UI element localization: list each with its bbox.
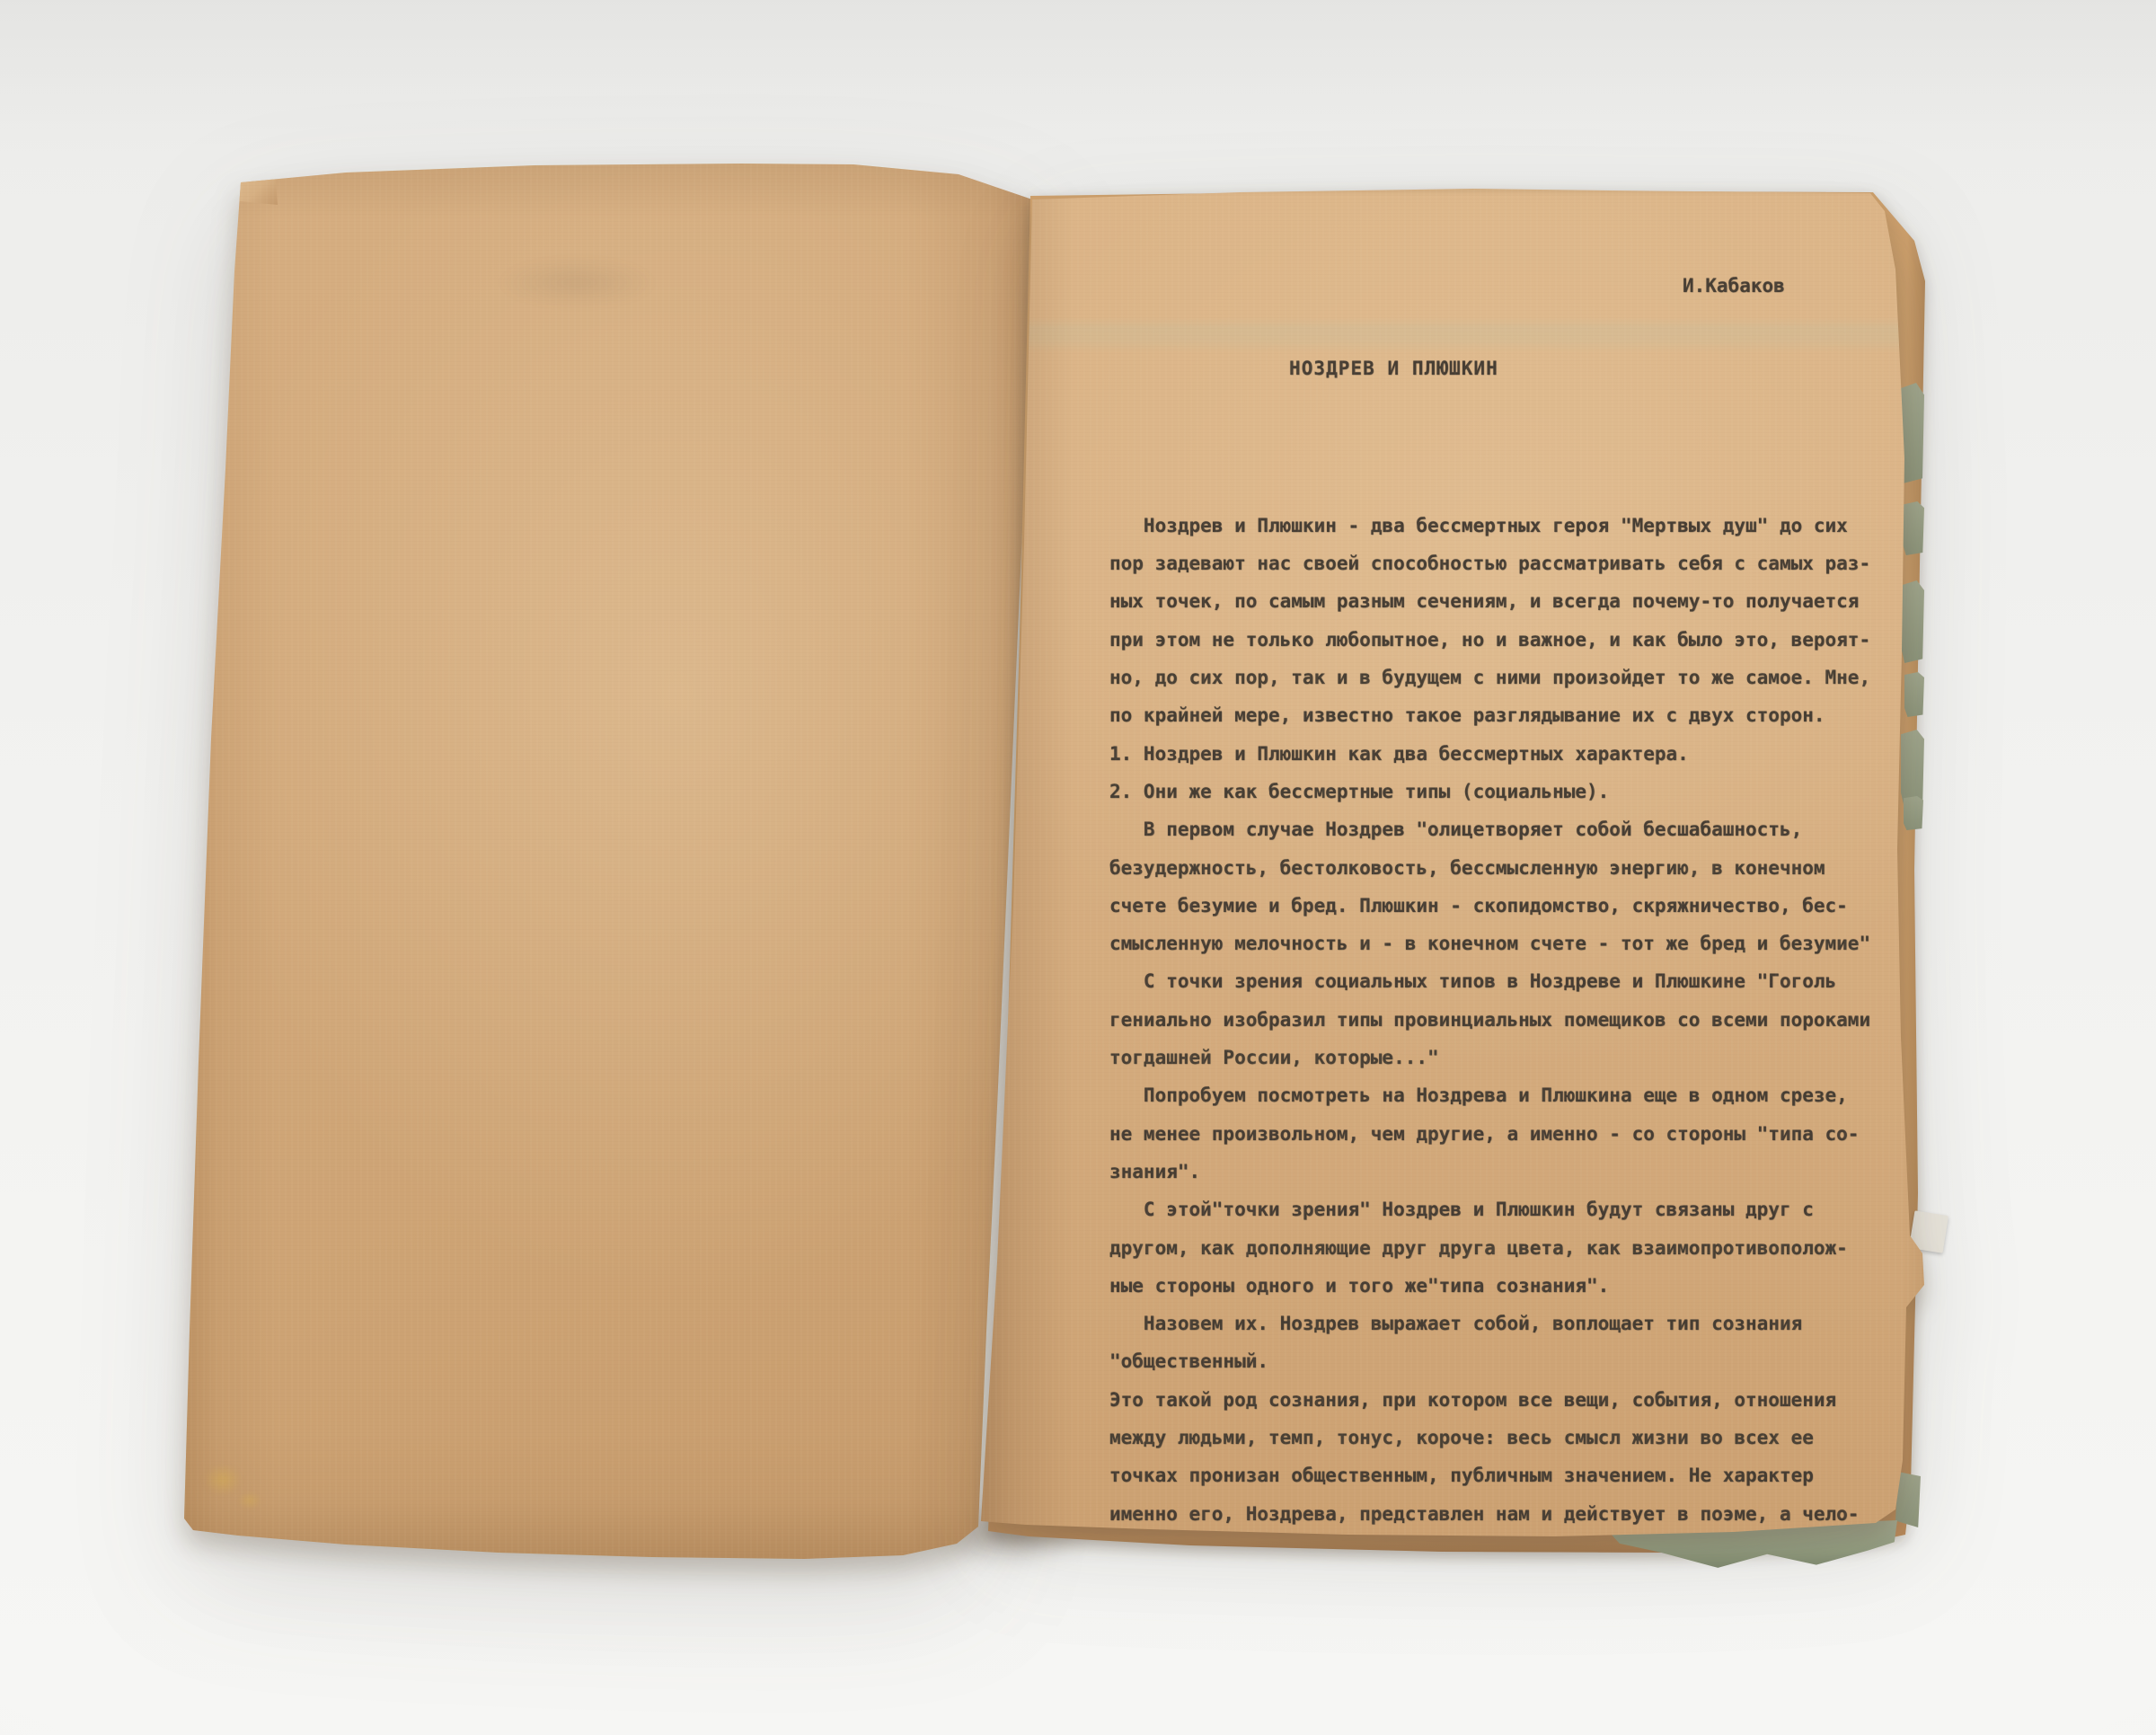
right-page-wrap: И.Кабаков НОЗДРЕВ И ПЛЮШКИН Ноздрев и Пл…	[0, 0, 2156, 1735]
page-title: НОЗДРЕВ И ПЛЮШКИН	[1289, 350, 1498, 387]
right-page-typescript: И.Кабаков НОЗДРЕВ И ПЛЮШКИН Ноздрев и Пл…	[970, 184, 1936, 1572]
text-line: Ноздрев и Плюшкин - два бессмертных геро…	[1109, 507, 1870, 544]
author-byline: И.Кабаков	[1683, 267, 1785, 305]
text-line: С этой"точки зрения" Ноздрев и Плюшкин б…	[1109, 1191, 1870, 1228]
text-line: тогдашней России, которые..."	[1109, 1039, 1870, 1076]
text-line: точках пронизан общественным, публичным …	[1109, 1456, 1870, 1494]
text-line: по крайней мере, известно такое разгляды…	[1109, 696, 1870, 734]
text-line: Назовем их. Ноздрев выражает собой, вопл…	[1109, 1305, 1870, 1342]
text-line: С точки зрения социальных типов в Ноздре…	[1109, 962, 1870, 1000]
text-line: не менее произвольном, чем другие, а име…	[1109, 1115, 1870, 1153]
text-line: при этом не только любопытное, но и важн…	[1109, 621, 1870, 659]
text-line: гениально изобразил типы провинциальных …	[1109, 1001, 1870, 1039]
text-line: ных точек, по самым разным сечениям, и в…	[1109, 582, 1870, 620]
text-line: знания".	[1109, 1153, 1870, 1191]
typewritten-body: Ноздрев и Плюшкин - два бессмертных геро…	[1109, 393, 1870, 1533]
text-line: ные стороны одного и того же"типа сознан…	[1109, 1267, 1870, 1305]
photo-scene: И.Кабаков НОЗДРЕВ И ПЛЮШКИН Ноздрев и Пл…	[0, 0, 2156, 1735]
text-line: Это такой род сознания, при котором все …	[1109, 1381, 1870, 1419]
text-line: безудержность, бестолковость, бессмыслен…	[1109, 849, 1870, 887]
text-line: 2. Они же как бессмертные типы (социальн…	[1109, 773, 1870, 810]
text-line: счете безумие и бред. Плюшкин - скопидом…	[1109, 887, 1870, 925]
text-line: но, до сих пор, так и в будущем с ними п…	[1109, 659, 1870, 696]
text-line: В первом случае Ноздрев "олицетворяет со…	[1109, 810, 1870, 848]
text-line: другом, как дополняющие друг друга цвета…	[1109, 1229, 1870, 1267]
text-line: пор задевают нас своей способностью расс…	[1109, 544, 1870, 582]
text-line: именно его, Ноздрева, представлен нам и …	[1109, 1495, 1870, 1533]
text-line: Попробуем посмотреть на Ноздрева и Плюшк…	[1109, 1076, 1870, 1114]
text-line: смысленную мелочность и - в конечном сче…	[1109, 925, 1870, 962]
text-line: 1. Ноздрев и Плюшкин как два бессмертных…	[1109, 735, 1870, 773]
text-line: "общественный.	[1109, 1342, 1870, 1380]
text-line: между людьми, темп, тонус, короче: весь …	[1109, 1419, 1870, 1456]
